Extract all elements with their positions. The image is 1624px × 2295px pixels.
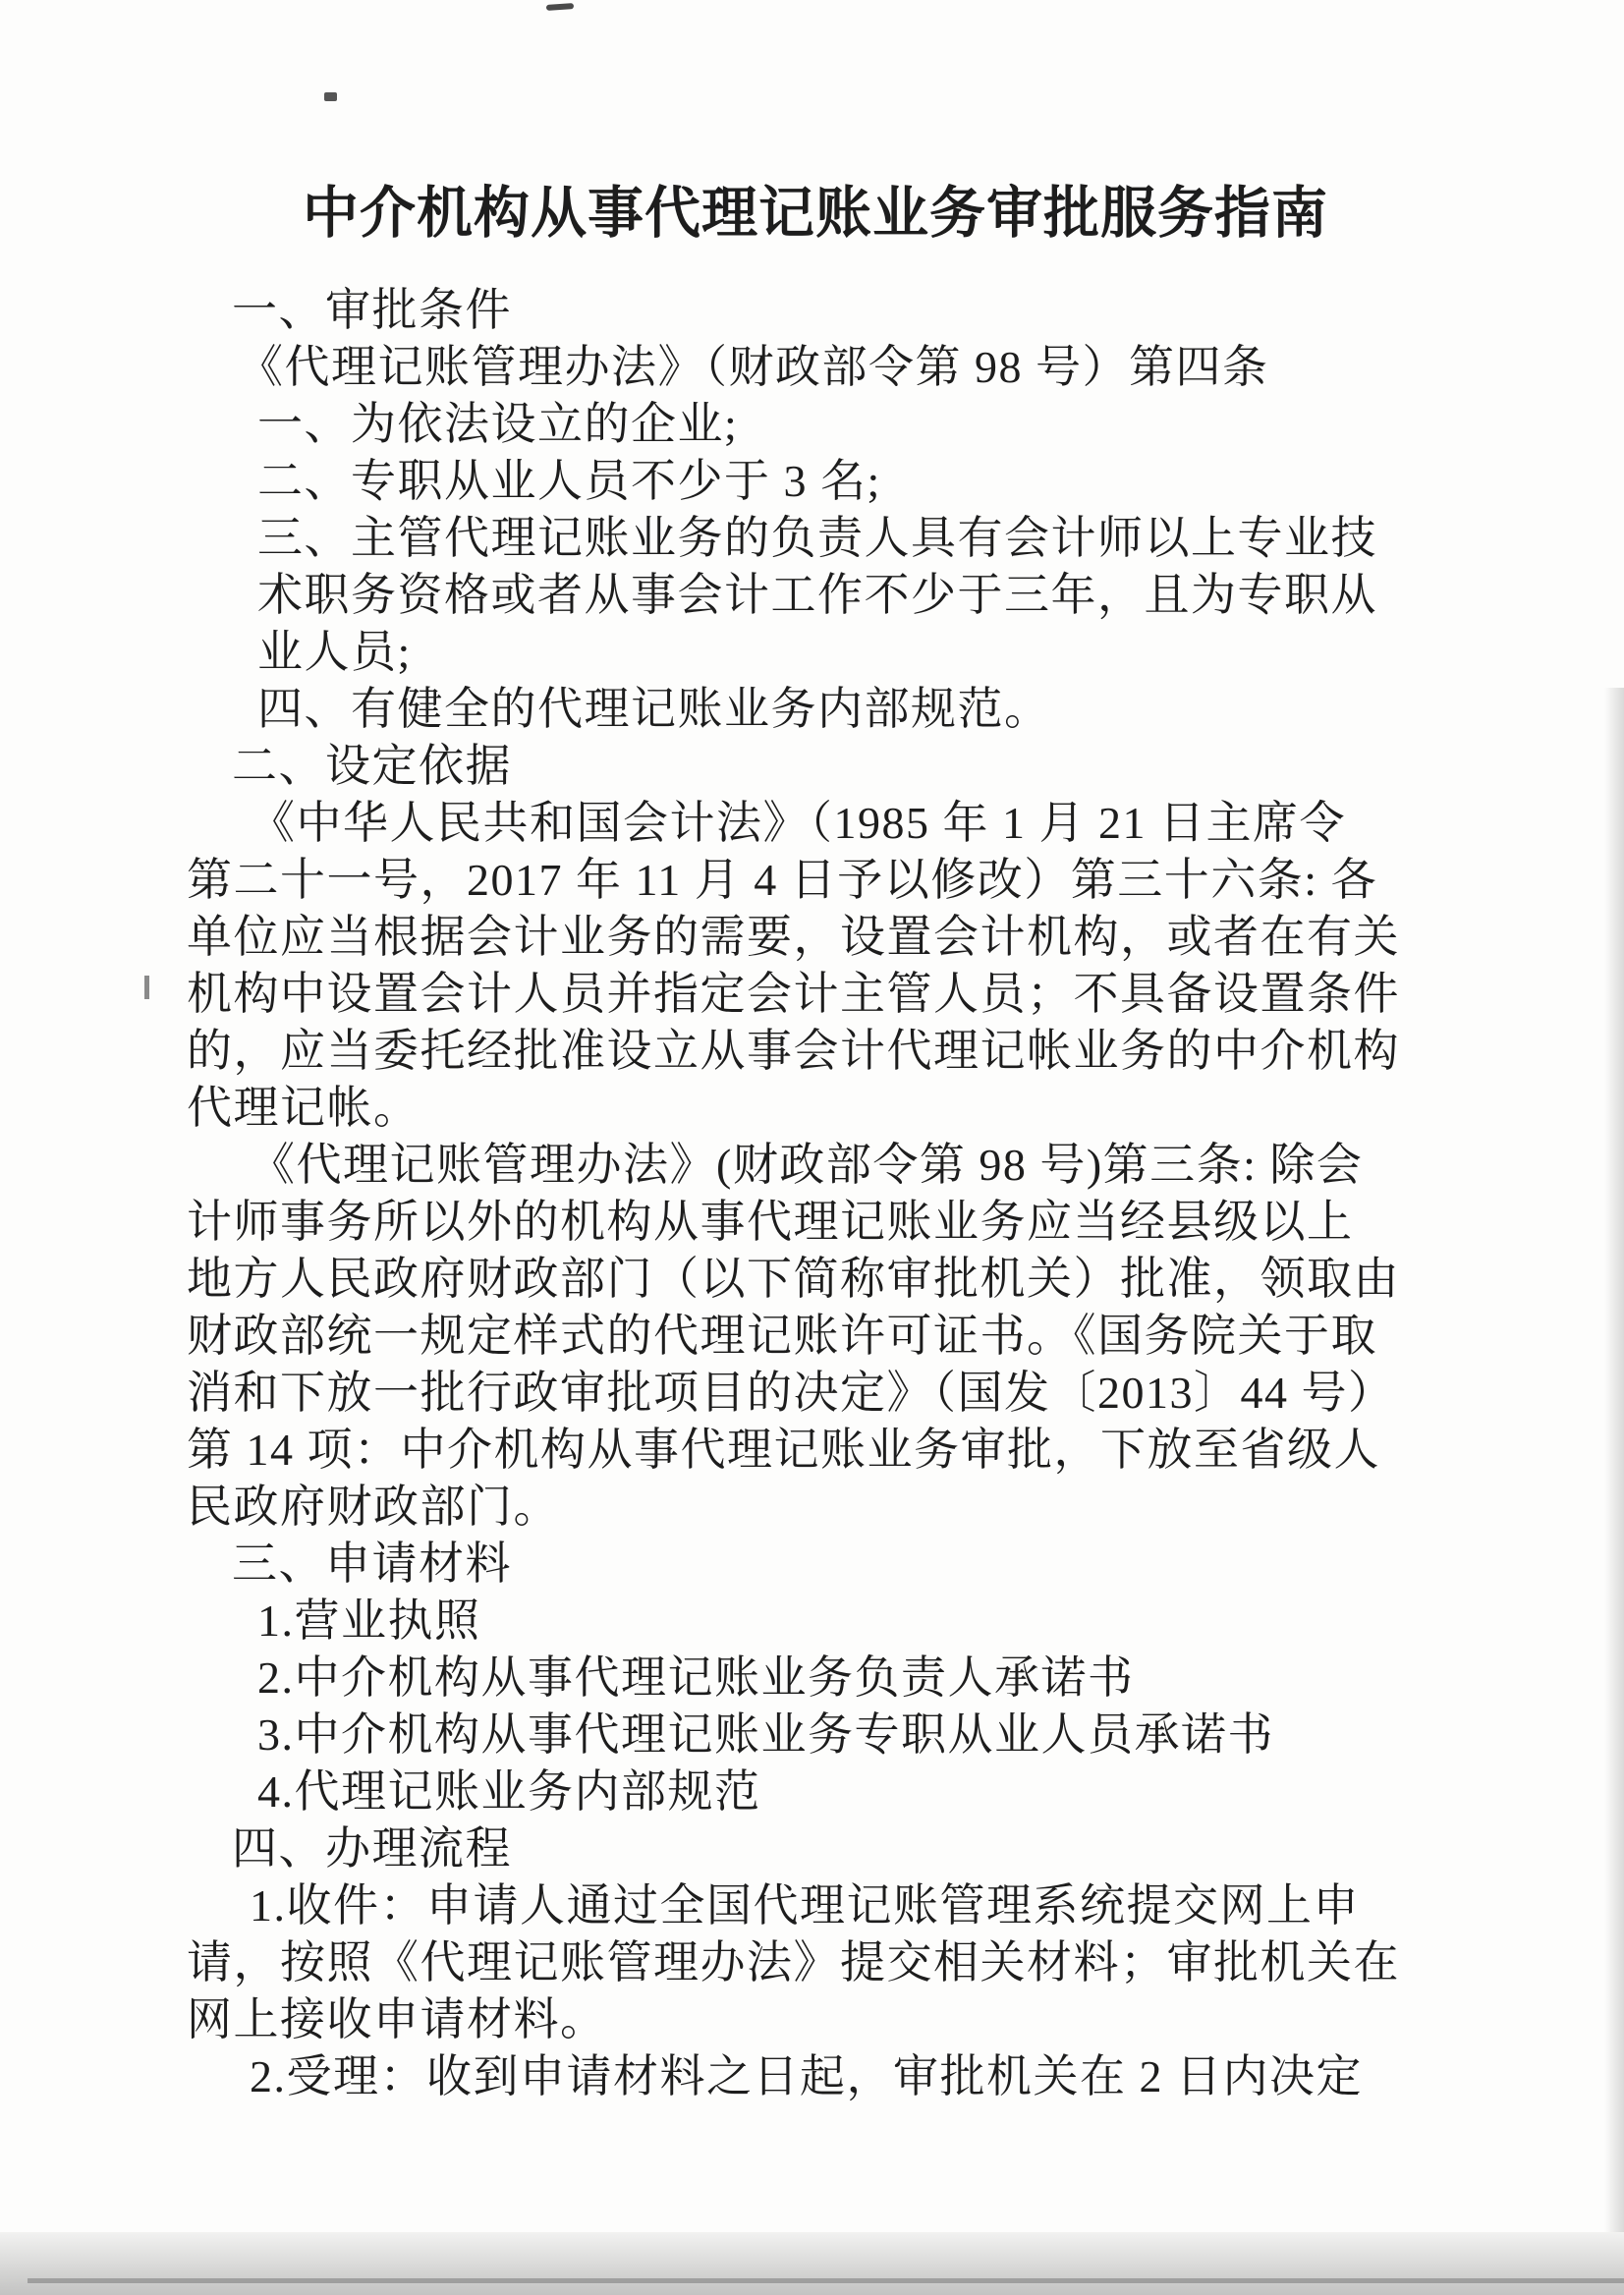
text-line: 2.中介机构从事代理记账业务负责人承诺书	[257, 1650, 1444, 1707]
scan-artifact-right-shadow	[1604, 688, 1624, 2232]
text-line: 一、为依法设立的企业;	[257, 396, 1444, 453]
document-content: 中介机构从事代理记账业务审批服务指南 一、审批条件《代理记账管理办法》（财政部令…	[187, 0, 1444, 2105]
text-line: 第 14 项：中介机构从事代理记账业务审批，下放至省级人	[187, 1422, 1444, 1479]
scan-artifact-bottom-line	[28, 2278, 1624, 2283]
document-title: 中介机构从事代理记账业务审批服务指南	[187, 172, 1444, 256]
text-line: 术职务资格或者从事会计工作不少于三年，且为专职从	[257, 567, 1444, 624]
text-line: 三、申请材料	[232, 1536, 1444, 1593]
text-line: 计师事务所以外的机构从事代理记账业务应当经县级以上	[187, 1194, 1444, 1251]
text-line: 第二十一号，2017 年 11 月 4 日予以修改）第三十六条: 各	[187, 852, 1444, 909]
text-line: 请，按照《代理记账管理办法》提交相关材料；审批机关在	[187, 1934, 1444, 1991]
text-line: 二、设定依据	[232, 738, 1444, 795]
scan-artifact-speck	[324, 92, 337, 101]
text-line: 业人员;	[257, 624, 1444, 681]
text-line: 单位应当根据会计业务的需要，设置会计机构，或者在有关	[187, 909, 1444, 966]
text-line: 四、有健全的代理记账业务内部规范。	[257, 681, 1444, 738]
scanned-document-page: 中介机构从事代理记账业务审批服务指南 一、审批条件《代理记账管理办法》（财政部令…	[0, 0, 1624, 2295]
text-line: 《中华人民共和国会计法》（1985 年 1 月 21 日主席令	[250, 795, 1444, 852]
document-body: 一、审批条件《代理记账管理办法》（财政部令第 98 号）第四条一、为依法设立的企…	[187, 282, 1444, 2105]
text-line: 机构中设置会计人员并指定会计主管人员；不具备设置条件	[187, 966, 1444, 1023]
text-line: 2.受理：收到申请材料之日起，审批机关在 2 日内决定	[250, 2048, 1444, 2105]
text-line: 地方人民政府财政部门（以下简称审批机关）批准，领取由	[187, 1251, 1444, 1308]
text-line: 《代理记账管理办法》(财政部令第 98 号)第三条: 除会	[250, 1137, 1444, 1194]
text-line: 一、审批条件	[232, 282, 1444, 339]
text-line: 民政府财政部门。	[187, 1479, 1444, 1536]
text-line: 消和下放一批行政审批项目的决定》（国发〔2013〕44 号）	[187, 1365, 1444, 1422]
text-line: 二、专职从业人员不少于 3 名;	[257, 453, 1444, 510]
text-line: 3.中介机构从事代理记账业务专职从业人员承诺书	[257, 1707, 1444, 1763]
text-line: 代理记帐。	[187, 1080, 1444, 1137]
text-line: 4.代理记账业务内部规范	[257, 1763, 1444, 1820]
text-line: 财政部统一规定样式的代理记账许可证书。《国务院关于取	[187, 1308, 1444, 1365]
scan-artifact-speck	[144, 976, 149, 999]
text-line: 的，应当委托经批准设立从事会计代理记帐业务的中介机构	[187, 1023, 1444, 1080]
text-line: 四、办理流程	[232, 1820, 1444, 1877]
text-line: 三、主管代理记账业务的负责人具有会计师以上专业技	[257, 510, 1444, 567]
text-line: 1.营业执照	[257, 1593, 1444, 1650]
text-line: 《代理记账管理办法》（财政部令第 98 号）第四条	[238, 339, 1444, 396]
text-line: 1.收件：申请人通过全国代理记账管理系统提交网上申	[250, 1877, 1444, 1934]
scan-artifact-bottom-shadow	[0, 2232, 1624, 2295]
text-line: 网上接收申请材料。	[187, 1991, 1444, 2048]
